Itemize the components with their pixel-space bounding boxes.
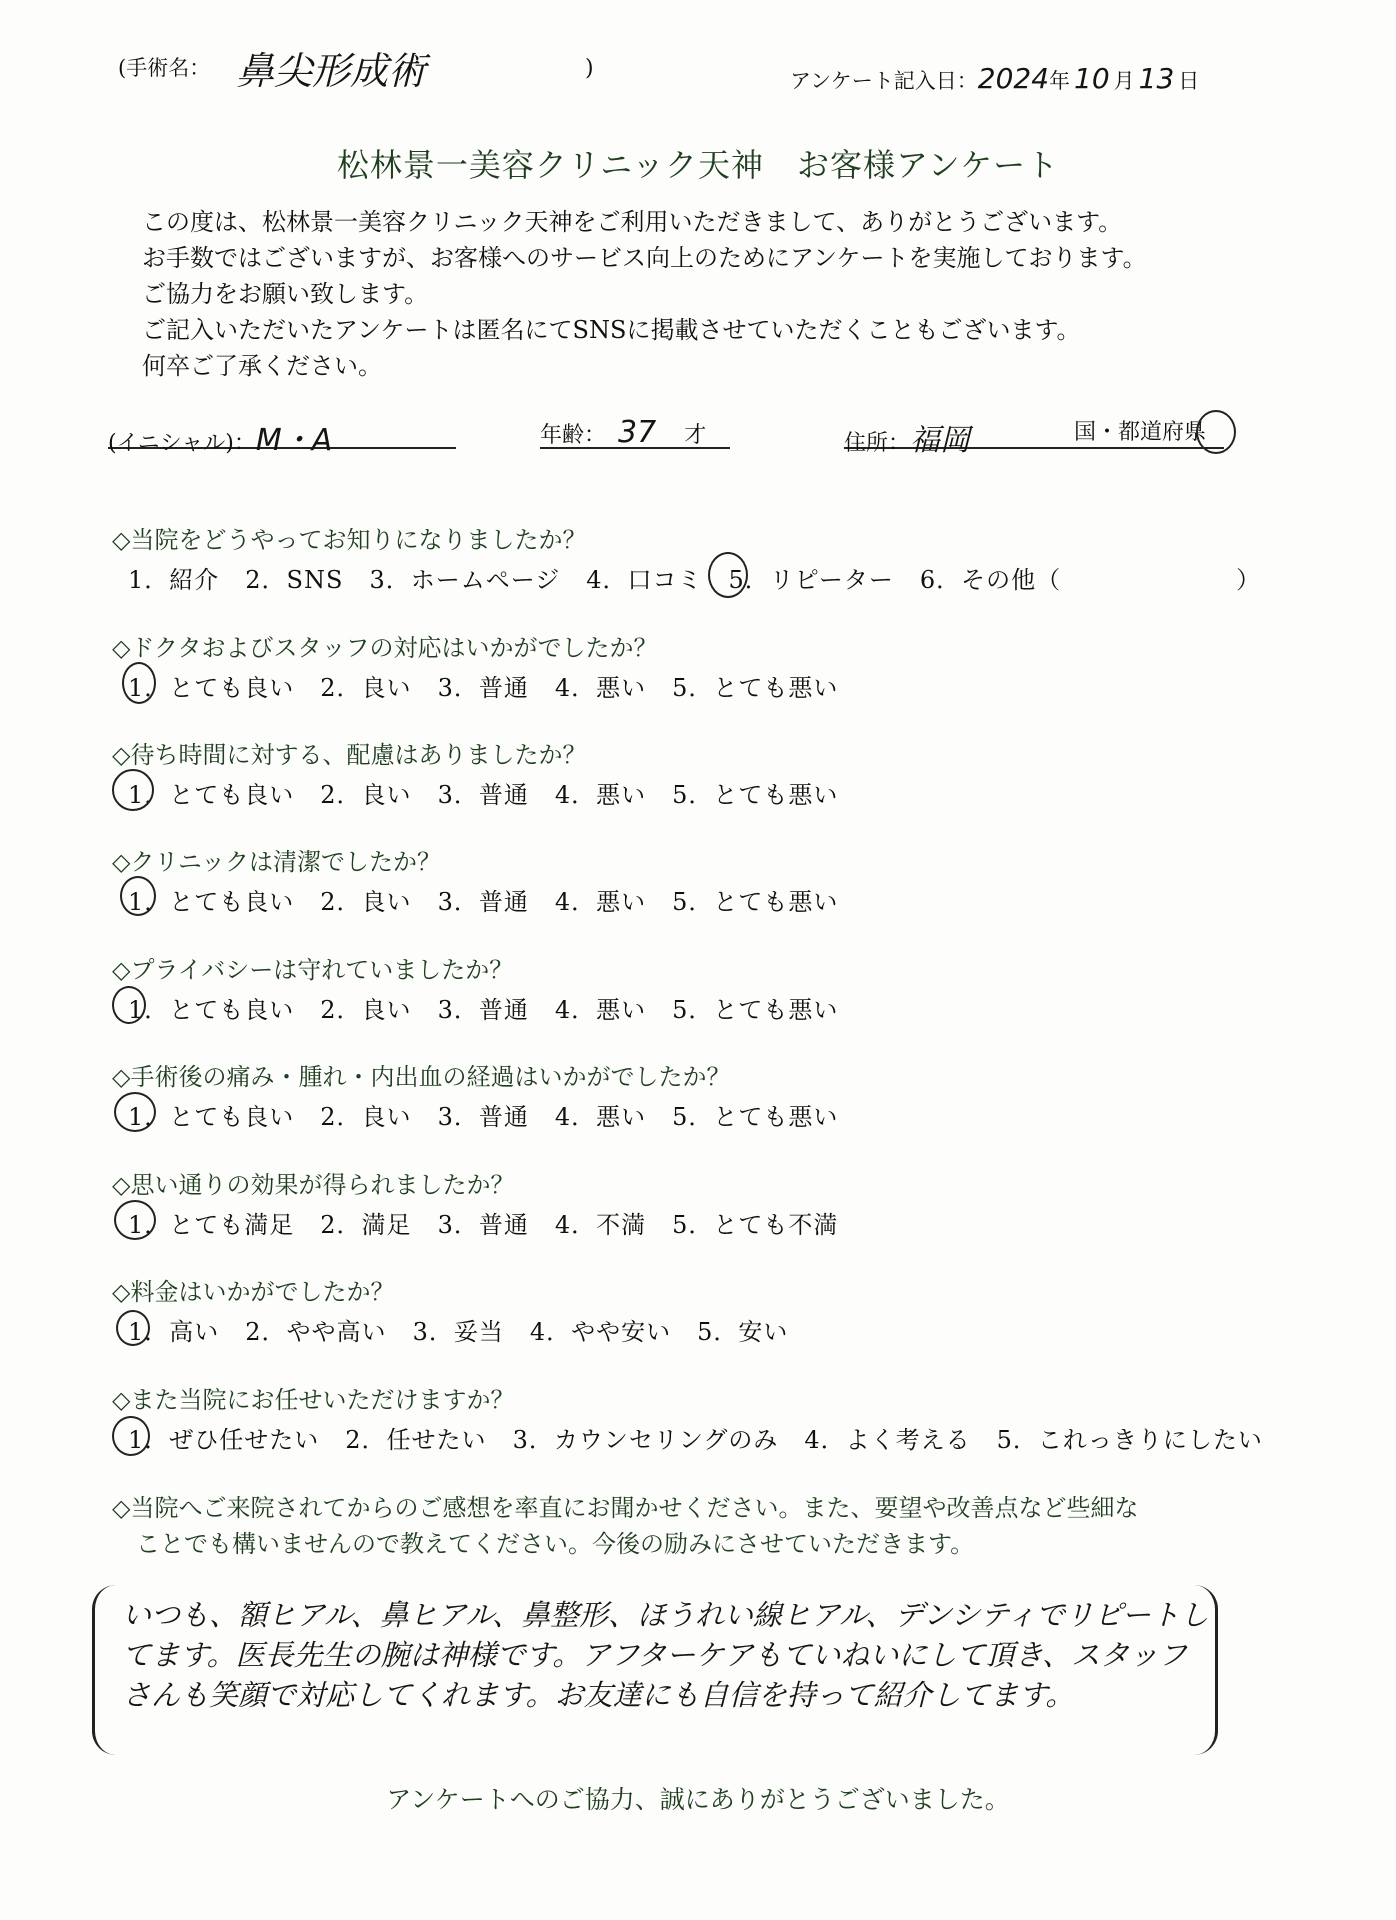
options-2: 1．とても良い2．良い3．普通4．悪い5．とても悪い [128, 668, 864, 703]
address-field[interactable]: 住所：福岡 [844, 415, 1074, 449]
selection-circle [116, 1310, 150, 1346]
option[interactable]: 5．とても悪い [672, 1103, 838, 1131]
year-unit: 年 [1049, 69, 1070, 93]
options-7: 1．とても満足2．満足3．普通4．不満5．とても不満 [128, 1205, 864, 1240]
circled-prefecture-mark [1196, 410, 1236, 454]
question-6: ◇手術後の痛み・腫れ・内出血の経過はいかがでしたか？ [112, 1057, 730, 1092]
selection-circle [114, 1200, 156, 1240]
option[interactable]: 4．やや安い [530, 1318, 671, 1346]
date-label: アンケート記入日： [790, 69, 978, 93]
date-day-field[interactable]: 13 [1139, 62, 1175, 95]
question-2: ◇ドクタおよびスタッフの対応はいかがでしたか？ [112, 628, 658, 663]
option[interactable]: 4．悪い [555, 674, 646, 702]
question-9: ◇また当院にお任せいただけますか？ [112, 1380, 514, 1415]
option[interactable]: 5．とても悪い [672, 674, 838, 702]
option[interactable]: 5．とても悪い [672, 781, 838, 809]
selection-circle [112, 986, 146, 1024]
intro-line: ご協力をお願い致します。 [142, 276, 1147, 312]
option[interactable]: 4．よく考える [804, 1426, 970, 1454]
option[interactable]: 3．普通 [438, 674, 529, 702]
age-field[interactable]: 年齢：37才 [540, 415, 730, 449]
footer-thanks: アンケートへのご協力、誠にありがとうございました。 [0, 1780, 1396, 1816]
option[interactable]: 4．口コミ [586, 566, 702, 594]
day-unit: 日 [1178, 69, 1199, 93]
option[interactable]: 2．良い [320, 996, 411, 1024]
survey-date: アンケート記入日：2024年10月13日 [790, 62, 1199, 95]
intro-text: この度は、松林景一美容クリニック天神をご利用いただきまして、ありがとうございます… [142, 204, 1147, 384]
option[interactable]: 3．普通 [438, 996, 529, 1024]
option[interactable]: 3．普通 [438, 1103, 529, 1131]
address-label: 住所： [844, 431, 910, 456]
question-8: ◇料金はいかがでしたか？ [112, 1272, 394, 1307]
date-year-field[interactable]: 2024 [978, 62, 1049, 95]
question-5: ◇プライバシーは守れていましたか？ [112, 950, 513, 985]
month-unit: 月 [1114, 69, 1135, 93]
free-question-line: ことでも構いませんので教えてください。今後の励みにさせていただきます。 [112, 1526, 1138, 1562]
option[interactable]: 5．安い [697, 1318, 788, 1346]
question-7: ◇思い通りの効果が得られましたか？ [112, 1165, 514, 1200]
option[interactable]: 2．良い [320, 888, 411, 916]
option[interactable]: 1．紹介 [128, 566, 219, 594]
selection-circle [120, 876, 156, 916]
initial-label: (イニシャル)： [108, 431, 256, 456]
option[interactable]: 5．とても悪い [672, 888, 838, 916]
initial-field[interactable]: (イニシャル)：M・A [108, 415, 456, 449]
selection-circle [112, 1416, 150, 1456]
options-6: 1．とても良い2．良い3．普通4．悪い5．とても悪い [128, 1097, 864, 1132]
address-value: 福岡 [910, 423, 970, 458]
option[interactable]: 4．悪い [555, 781, 646, 809]
age-unit: 才 [684, 423, 706, 448]
option-selected[interactable]: 5．リピーター [729, 566, 894, 594]
option[interactable]: 2．任せたい [345, 1426, 486, 1454]
comment-text: いつも、額ヒアル、鼻ヒアル、鼻整形、ほうれい線ヒアル、デンシティでリピートしてま… [122, 1595, 1212, 1715]
option[interactable]: 3．普通 [438, 781, 529, 809]
options-8: 1．高い2．やや高い3．妥当4．やや安い5．安い [128, 1312, 814, 1347]
intro-line: ご記入いただいたアンケートは匿名にてSNSに掲載させていただくこともございます。 [142, 312, 1147, 348]
option[interactable]: 5．これっきりにしたい [997, 1426, 1263, 1454]
age-value: 37 [618, 415, 656, 450]
question-3: ◇待ち時間に対する、配慮はありましたか？ [112, 735, 586, 770]
survey-title: 松林景一美容クリニック天神 お客様アンケート [0, 140, 1396, 186]
date-month-field[interactable]: 10 [1074, 62, 1110, 95]
option[interactable]: 4．悪い [555, 1103, 646, 1131]
option[interactable]: 3．妥当 [413, 1318, 504, 1346]
options-5: 1．とても良い2．良い3．普通4．悪い5．とても悪い [128, 990, 864, 1025]
option[interactable]: 3．普通 [438, 888, 529, 916]
option[interactable]: 5．とても悪い [672, 996, 838, 1024]
option[interactable]: 3．カウンセリングのみ [513, 1426, 779, 1454]
options-9: 1．ぜひ任せたい2．任せたい3．カウンセリングのみ4．よく考える5．これっきりに… [128, 1420, 1289, 1455]
option[interactable]: 2．SNS [245, 566, 343, 594]
options-3: 1．とても良い2．良い3．普通4．悪い5．とても悪い [128, 775, 864, 810]
option[interactable]: 4．悪い [555, 996, 646, 1024]
selection-circle [708, 552, 748, 598]
intro-line: 何卒ご了承ください。 [142, 348, 1147, 384]
free-question-line: ◇当院へご来院されてからのご感想を率直にお聞かせください。また、要望や改善点など… [112, 1490, 1138, 1526]
question-4: ◇クリニックは清潔でしたか？ [112, 842, 441, 877]
surgery-label: (手術名： [118, 52, 210, 82]
selection-circle [114, 1092, 156, 1132]
free-comment-question: ◇当院へご来院されてからのご感想を率直にお聞かせください。また、要望や改善点など… [112, 1490, 1138, 1562]
option-selected[interactable]: 1．とても良い [128, 996, 294, 1024]
option[interactable]: 6．その他（ ） [920, 566, 1261, 594]
option[interactable]: 2．やや高い [245, 1318, 386, 1346]
option[interactable]: 4．不満 [555, 1211, 646, 1239]
option[interactable]: 4．悪い [555, 888, 646, 916]
option[interactable]: 2．良い [320, 674, 411, 702]
option[interactable]: 2．満足 [320, 1211, 411, 1239]
surgery-close-paren: ) [585, 56, 594, 81]
option[interactable]: 2．良い [320, 1103, 411, 1131]
selection-circle [112, 769, 154, 811]
question-1: ◇当院をどうやってお知りになりましたか？ [112, 520, 586, 555]
intro-line: お手数ではございますが、お客様へのサービス向上のためにアンケートを実施しておりま… [142, 240, 1147, 276]
initial-value: M・A [256, 423, 332, 458]
selection-circle [122, 662, 156, 704]
surgery-name-field[interactable]: 鼻尖形成術 [236, 40, 426, 95]
option[interactable]: 2．良い [320, 781, 411, 809]
option[interactable]: 3．ホームページ [369, 566, 560, 594]
option[interactable]: 3．普通 [438, 1211, 529, 1239]
age-label: 年齢： [540, 423, 606, 448]
intro-line: この度は、松林景一美容クリニック天神をご利用いただきまして、ありがとうございます… [142, 204, 1147, 240]
option[interactable]: 5．とても不満 [672, 1211, 838, 1239]
options-4: 1．とても良い2．良い3．普通4．悪い5．とても悪い [128, 882, 864, 917]
option-selected[interactable]: 1．ぜひ任せたい [128, 1426, 319, 1454]
